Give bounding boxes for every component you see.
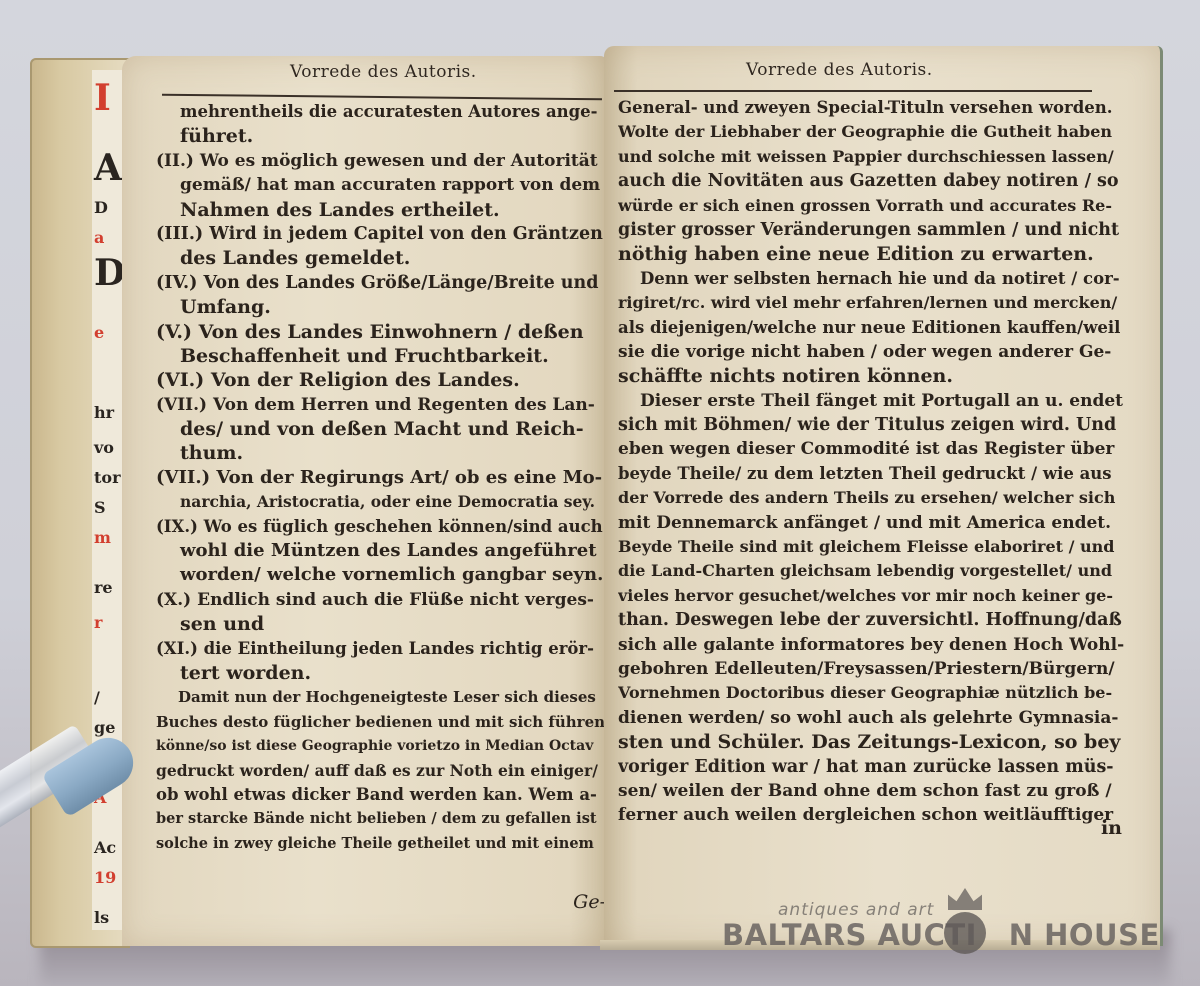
text-line: gemäß/ hat man accuraten rapport von dem — [156, 173, 606, 197]
text-line: Buches desto füglicher bedienen und mit … — [156, 710, 606, 734]
text-line: nöthig haben eine neue Edition zu erwart… — [618, 242, 1124, 266]
underlying-title-page-edge: IADaDehrvotorSmrer/geAAc19ls — [92, 70, 124, 930]
text-line: rigiret/rc. wird viel mehr erfahren/lern… — [618, 291, 1124, 315]
text-line: Vornehmen Doctoribus dieser Geographiæ n… — [618, 681, 1124, 705]
text-line: vieles hervor gesuchet/welches vor mir n… — [618, 584, 1124, 608]
title-page-fragment: Ac — [94, 840, 116, 856]
watermark-name: BALTARS AUCTI N HOUSE — [722, 918, 1160, 952]
right-catchword: in — [618, 816, 1122, 840]
title-page-fragment: ge — [94, 720, 115, 736]
text-line: (VI.) Von der Religion des Landes. — [156, 368, 606, 392]
left-running-head: Vorrede des Autoris. — [290, 62, 477, 82]
text-line: eben wegen dieser Commodité ist das Regi… — [618, 437, 1124, 461]
title-page-fragment: hr — [94, 405, 114, 421]
text-line: (VII.) Von der Regirungs Art/ ob es eine… — [156, 466, 606, 490]
text-line: des Landes gemeldet. — [156, 246, 606, 270]
text-line: (IX.) Wo es füglich geschehen können/sin… — [156, 515, 606, 539]
text-line: (IV.) Von des Landes Größe/Länge/Breite … — [156, 271, 606, 295]
text-line: worden/ welche vornemlich gangbar seyn. — [156, 563, 606, 587]
text-line: Wolte der Liebhaber der Geographie die G… — [618, 120, 1124, 144]
left-page: Vorrede des Autoris. mehrentheils die ac… — [122, 56, 608, 946]
text-line: Nahmen des Landes ertheilet. — [156, 198, 606, 222]
text-line: beyde Theile/ zu dem letzten Theil gedru… — [618, 462, 1124, 486]
watermark-tagline: antiques and art — [778, 900, 934, 920]
text-line: Denn wer selbsten hernach hie und da not… — [618, 267, 1124, 291]
text-line: als diejenigen/welche nur neue Editionen… — [618, 316, 1124, 340]
title-page-fragment: I — [94, 80, 111, 116]
title-page-fragment: / — [94, 690, 100, 706]
text-line: Beschaffenheit und Fruchtbarkeit. — [156, 344, 606, 368]
title-page-fragment: D — [94, 200, 108, 216]
text-line: sich alle galante informatores bey denen… — [618, 633, 1124, 657]
text-line: dienen werden/ so wohl auch als gelehrte… — [618, 706, 1124, 730]
text-line: (V.) Von des Landes Einwohnern / deßen — [156, 320, 606, 344]
text-line: (X.) Endlich sind auch die Flüße nicht v… — [156, 588, 606, 612]
right-running-head: Vorrede des Autoris. — [746, 60, 933, 80]
title-page-fragment: r — [94, 615, 102, 631]
text-line: General- und zweyen Special-Tituln verse… — [618, 96, 1124, 120]
text-line: voriger Edition war / hat man zurücke la… — [618, 755, 1124, 779]
title-page-fragment: S — [94, 500, 106, 516]
right-head-rule — [614, 90, 1092, 92]
text-line: gedruckt worden/ auff daß es zur Noth ei… — [156, 759, 606, 783]
right-page: Vorrede des Autoris. General- und zweyen… — [604, 46, 1163, 946]
text-line: mit Dennemarck anfänget / und mit Americ… — [618, 511, 1124, 535]
text-line: ob wohl etwas dicker Band werden kan. We… — [156, 783, 606, 807]
title-page-fragment: vo — [94, 440, 114, 456]
text-line: der Vorrede des andern Theils zu ersehen… — [618, 486, 1124, 510]
text-line: Umfang. — [156, 295, 606, 319]
text-line: führet. — [156, 124, 606, 148]
title-page-fragment: tor — [94, 470, 121, 486]
text-line: (XI.) die Eintheilung jeden Landes richt… — [156, 637, 606, 661]
left-catchword: Ge- — [156, 890, 606, 914]
text-line: und solche mit weissen Pappier durchschi… — [618, 145, 1124, 169]
title-page-fragment: re — [94, 580, 113, 596]
title-page-fragment: m — [94, 530, 111, 546]
text-line: mehrentheils die accuratesten Autores an… — [156, 100, 606, 124]
text-line: tert worden. — [156, 661, 606, 685]
text-line: schäffte nichts notiren können. — [618, 364, 1124, 388]
right-page-body: General- und zweyen Special-Tituln verse… — [618, 96, 1124, 828]
text-line: wohl die Müntzen des Landes angeführet — [156, 539, 606, 563]
text-line: narchia, Aristocratia, oder eine Democra… — [156, 490, 606, 514]
text-line: solche in zwey gleiche Theile getheilet … — [156, 832, 606, 856]
text-line: sen und — [156, 612, 606, 636]
title-page-fragment: ls — [94, 910, 109, 926]
text-line: sie die vorige nicht haben / oder wegen … — [618, 340, 1124, 364]
title-page-fragment: 19 — [94, 870, 116, 886]
text-line: des/ und von deßen Macht und Reich- — [156, 417, 606, 441]
text-line: thum. — [156, 441, 606, 465]
text-line: Beyde Theile sind mit gleichem Fleisse e… — [618, 535, 1124, 559]
text-line: sen/ weilen der Band ohne dem schon fast… — [618, 779, 1124, 803]
text-line: Dieser erste Theil fänget mit Portugall … — [618, 389, 1124, 413]
text-line: gebohren Edelleuten/Freysassen/Priestern… — [618, 657, 1124, 681]
title-page-fragment: D — [94, 255, 124, 291]
title-page-fragment: A — [94, 150, 122, 186]
text-line: sten und Schüler. Das Zeitungs-Lexicon, … — [618, 730, 1124, 754]
text-line: ber starcke Bände nicht belieben / dem z… — [156, 807, 606, 831]
text-line: (III.) Wird in jedem Capitel von den Grä… — [156, 222, 606, 246]
text-line: than. Deswegen lebe der zuversichtl. Hof… — [618, 608, 1124, 632]
title-page-fragment: a — [94, 230, 104, 246]
text-line: sich mit Böhmen/ wie der Titulus zeigen … — [618, 413, 1124, 437]
title-page-fragment: e — [94, 325, 104, 341]
text-line: Damit nun der Hochgeneigteste Leser sich… — [156, 685, 606, 709]
text-line: auch die Novitäten aus Gazetten dabey no… — [618, 169, 1124, 193]
text-line: (VII.) Von dem Herren und Regenten des L… — [156, 393, 606, 417]
left-page-body: mehrentheils die accuratesten Autores an… — [156, 100, 606, 856]
text-line: (II.) Wo es möglich gewesen und der Auto… — [156, 149, 606, 173]
text-line: die Land-Charten gleichsam lebendig vorg… — [618, 559, 1124, 583]
text-line: würde er sich einen grossen Vorrath und … — [618, 194, 1124, 218]
text-line: gister grosser Veränderungen sammlen / u… — [618, 218, 1124, 242]
text-line: könne/so ist diese Geographie vorietzo i… — [156, 734, 606, 758]
